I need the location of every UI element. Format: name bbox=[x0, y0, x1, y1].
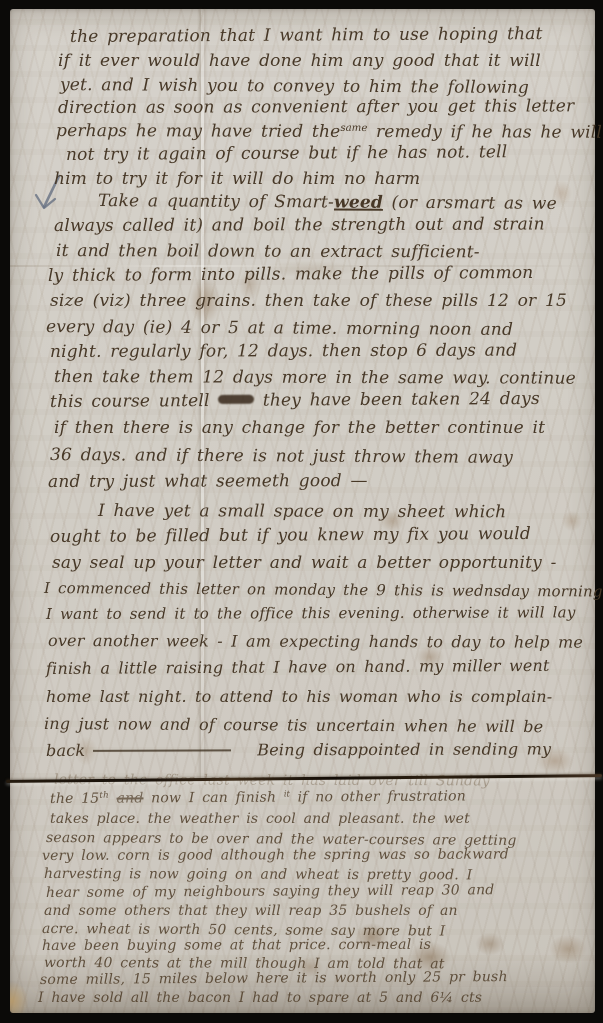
line-text: this course untell bbox=[50, 391, 218, 412]
inline-dash-rule bbox=[93, 747, 231, 751]
line-text: they have been taken 24 days bbox=[254, 389, 540, 411]
letter-line: very low. corn is good although the spri… bbox=[42, 847, 509, 864]
letter-line: this course untell they have been taken … bbox=[50, 389, 540, 412]
letter-line: perhaps he may have tried thesame remedy… bbox=[56, 121, 602, 143]
letter-line: it and then boil down to an extract suff… bbox=[56, 241, 480, 262]
line-text: I want to send it to the office this eve… bbox=[46, 603, 576, 623]
letter-line: ing just now and of course tis uncertain… bbox=[44, 714, 543, 736]
struck-word: and bbox=[116, 790, 143, 806]
inserted-word: it bbox=[284, 788, 290, 798]
line-text: back bbox=[46, 741, 85, 760]
letter-line: I have yet a small space on my sheet whi… bbox=[98, 501, 506, 522]
photo-background: the preparation that I want him to use h… bbox=[0, 0, 603, 1023]
letter-line: every day (ie) 4 or 5 at a time. morning… bbox=[46, 317, 513, 340]
line-text: yet. and I wish you to convey to him the… bbox=[60, 75, 529, 98]
line-text: and some others that they will reap 35 b… bbox=[44, 903, 458, 919]
letter-line: size (viz) three grains. then take of th… bbox=[50, 291, 567, 311]
line-text: the preparation that I want him to use h… bbox=[70, 24, 543, 47]
line-text: hear some of my neighbours saying they w… bbox=[46, 882, 495, 901]
line-text: takes place. the weather is cool and ple… bbox=[50, 811, 470, 827]
line-text: direction as soon as convenient after yo… bbox=[58, 96, 574, 118]
line-text: finish a little raising that I have on h… bbox=[46, 656, 550, 678]
line-text: then take them 12 days more in the same … bbox=[54, 367, 576, 389]
letter-line: direction as soon as convenient after yo… bbox=[58, 96, 574, 118]
line-text: remedy if he has he will bbox=[367, 122, 602, 143]
letter-line: over another week - I am expecting hands… bbox=[48, 631, 583, 652]
line-text: and try just what seemeth good — bbox=[48, 471, 368, 492]
line-text: ing just now and of course tis uncertain… bbox=[44, 714, 543, 736]
line-text: Being disappointed in sending my bbox=[257, 739, 551, 759]
letter-line: and try just what seemeth good — bbox=[48, 471, 368, 492]
line-text: Take a quantity of Smart- bbox=[98, 191, 334, 212]
line-text: home last night. to attend to his woman … bbox=[46, 687, 552, 706]
letter-line: if it ever would have done him any good … bbox=[58, 51, 541, 71]
line-text: perhaps he may have tried the bbox=[56, 121, 340, 142]
letter-line: I commenced this letter on monday the 9 … bbox=[44, 579, 603, 601]
letter-line: I want to send it to the office this eve… bbox=[46, 603, 576, 623]
letter-line: night. regularly for, 12 days. then stop… bbox=[50, 341, 517, 362]
letter-line: have been buying some at that price. cor… bbox=[42, 937, 431, 954]
line-text: him to try it for it will do him no harm bbox=[54, 169, 420, 189]
letter-line: hear some of my neighbours saying they w… bbox=[46, 882, 495, 901]
letter-line: then take them 12 days more in the same … bbox=[54, 367, 576, 389]
letter-line: if then there is any change for the bett… bbox=[54, 418, 545, 438]
letter-line: ly thick to form into pills. make the pi… bbox=[48, 263, 534, 286]
letter-page: the preparation that I want him to use h… bbox=[10, 9, 595, 1013]
line-text: (or arsmart as we bbox=[383, 193, 557, 214]
line-text bbox=[109, 791, 117, 807]
letter-line: and some others that they will reap 35 b… bbox=[44, 903, 458, 919]
line-text: very low. corn is good although the spri… bbox=[42, 847, 509, 864]
letter-line: 36 days. and if there is not just throw … bbox=[50, 445, 513, 468]
line-text: size (viz) three grains. then take of th… bbox=[50, 291, 567, 311]
letter-line: yet. and I wish you to convey to him the… bbox=[60, 75, 529, 98]
line-text: I have sold all the bacon I had to spare… bbox=[38, 990, 482, 1006]
letter-body: the preparation that I want him to use h… bbox=[10, 9, 595, 1013]
scribbled-out-word bbox=[218, 395, 254, 404]
inserted-word: same bbox=[340, 123, 367, 134]
letter-line: harvesting is now going on and wheat is … bbox=[44, 866, 472, 883]
letter-line: him to try it for it will do him no harm bbox=[54, 169, 420, 189]
superscript-text: th bbox=[99, 791, 109, 801]
line-text: I have yet a small space on my sheet whi… bbox=[98, 501, 506, 522]
line-text: night. regularly for, 12 days. then stop… bbox=[50, 341, 517, 362]
letter-line: some mills, 15 miles below here it is wo… bbox=[40, 969, 508, 988]
line-text: harvesting is now going on and wheat is … bbox=[44, 866, 472, 883]
line-text: over another week - I am expecting hands… bbox=[48, 631, 583, 652]
line-text: have been buying some at that price. cor… bbox=[42, 937, 431, 954]
line-text: if no other frustration bbox=[290, 788, 466, 805]
letter-line: not try it again of course but if he has… bbox=[66, 142, 507, 165]
letter-line: the 15th and now I can finish it if no o… bbox=[50, 788, 466, 807]
line-text: if it ever would have done him any good … bbox=[58, 51, 541, 71]
line-text: every day (ie) 4 or 5 at a time. morning… bbox=[46, 317, 513, 340]
letter-line: backBeing disappointed in sending my bbox=[46, 739, 551, 760]
line-text: if then there is any change for the bett… bbox=[54, 418, 545, 438]
line-text: some mills, 15 miles below here it is wo… bbox=[40, 969, 508, 988]
letter-line: finish a little raising that I have on h… bbox=[46, 656, 550, 678]
letter-line: I have sold all the bacon I had to spare… bbox=[38, 990, 482, 1006]
line-text: ly thick to form into pills. make the pi… bbox=[48, 263, 534, 286]
letter-line: takes place. the weather is cool and ple… bbox=[50, 811, 470, 827]
letter-line: home last night. to attend to his woman … bbox=[46, 687, 552, 706]
line-text: I commenced this letter on monday the 9 … bbox=[44, 579, 603, 601]
line-text: not try it again of course but if he has… bbox=[66, 142, 507, 165]
line-text: it and then boil down to an extract suff… bbox=[56, 241, 480, 262]
letter-line: the preparation that I want him to use h… bbox=[70, 24, 543, 47]
letter-line: say seal up your letter and wait a bette… bbox=[52, 553, 557, 573]
letter-line: Take a quantity of Smart-weed (or arsmar… bbox=[98, 191, 557, 214]
letter-line: always called it) and boil the strength … bbox=[54, 214, 545, 236]
line-text: the 15 bbox=[50, 791, 100, 807]
line-text: always called it) and boil the strength … bbox=[54, 214, 545, 236]
line-text: 36 days. and if there is not just throw … bbox=[50, 445, 513, 468]
letter-line: ought to be filled but if you knew my fi… bbox=[50, 524, 531, 547]
emphasized-word: weed bbox=[334, 192, 383, 212]
line-text: now I can finish bbox=[143, 790, 283, 807]
line-text: ought to be filled but if you knew my fi… bbox=[50, 524, 531, 547]
line-text: say seal up your letter and wait a bette… bbox=[52, 553, 557, 573]
